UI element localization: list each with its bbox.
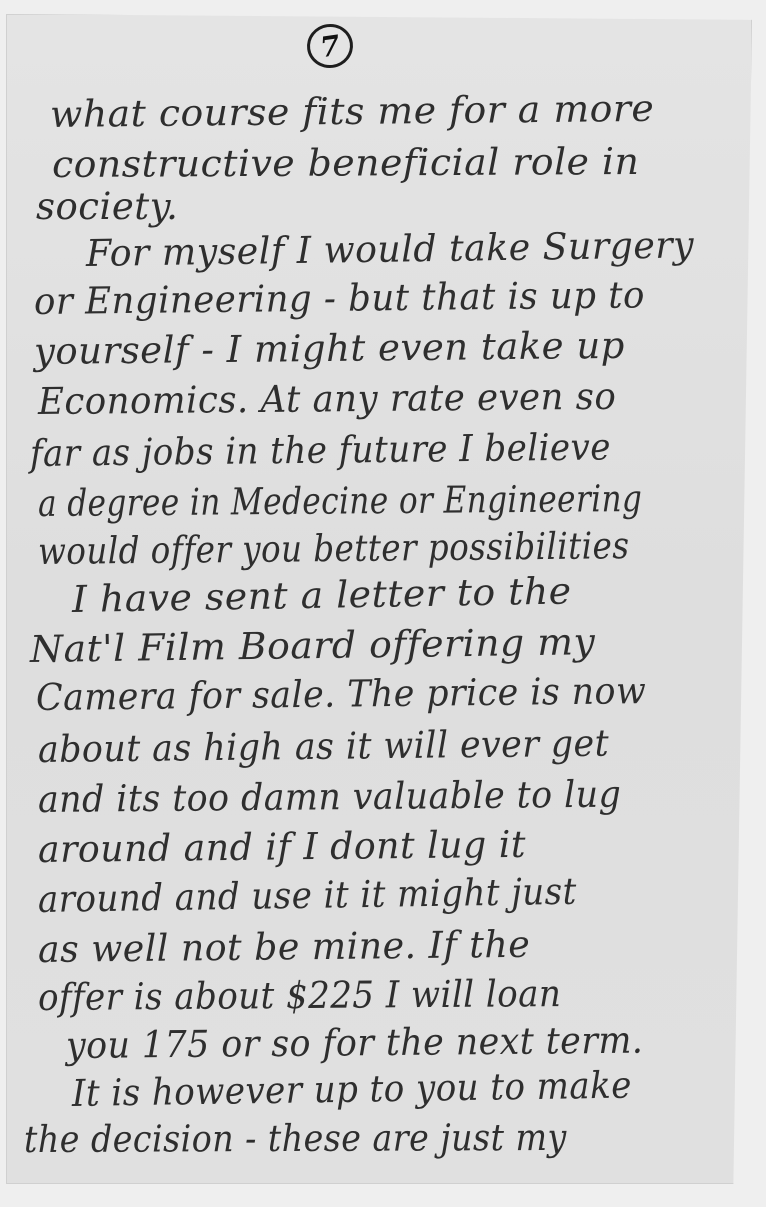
letter-line: or Engineering - but that is up to [34,273,645,323]
letter-line: offer is about $225 I will loan [38,972,562,1019]
letter-line: as well not be mine. If the [38,923,531,971]
letter-line: For myself I would take Surgery [86,223,695,275]
letter-line: yourself - I might even take up [34,324,625,373]
letter-line: and its too damn valuable to lug [38,773,622,821]
page-number: 7 [318,28,342,63]
letter-line: what course fits me for a more [50,87,655,136]
letter-line: about as high as it will ever get [38,722,609,771]
letter-line: would offer you better possibilities [38,524,630,573]
letter-line: you 175 or so for the next term. [66,1019,644,1067]
letter-line: a degree in Medecine or Engineering [38,477,643,525]
letter-line: Nat'l Film Board offering my [30,620,596,671]
letter-line: far as jobs in the future I believe [30,425,611,475]
letter-line: Camera for sale. The price is now [36,669,647,719]
letter-line: I have sent a letter to the [72,569,572,621]
letter-line: the decision - these are just my [24,1116,567,1161]
letter-line: constructive beneficial role in [52,140,640,186]
letter-line: It is however up to you to make [72,1064,632,1115]
letter-line: around and use it it might just [38,870,577,921]
letter-line: society. [36,185,178,228]
letter-line: Economics. At any rate even so [38,375,617,423]
letter-line: around and if I dont lug it [38,823,526,871]
